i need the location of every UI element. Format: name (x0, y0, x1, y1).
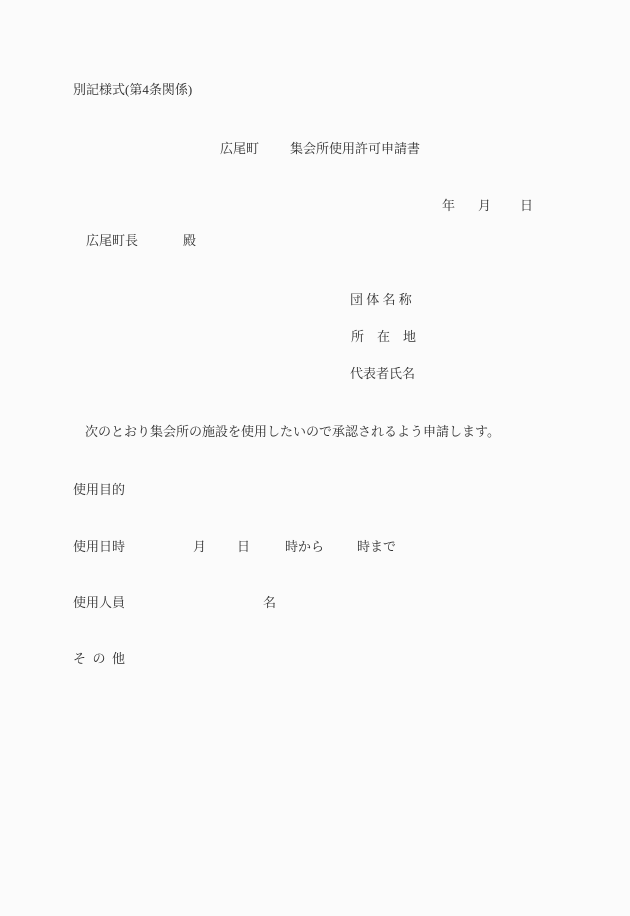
datetime-to-label: 時まで (357, 540, 396, 553)
date-year-label: 年 (442, 199, 455, 212)
form-note-label: 別記様式(第4条関係) (73, 83, 192, 96)
other-label: そ の 他 (73, 652, 125, 665)
addressee-label: 広尾町長 (86, 234, 138, 247)
title-main-label: 集会所使用許可申請書 (290, 142, 420, 155)
date-month-label: 月 (478, 199, 491, 212)
datetime-label: 使用日時 (73, 540, 125, 553)
datetime-month-label: 月 (193, 540, 206, 553)
representative-label: 代表者氏名 (350, 367, 415, 380)
address-label: 所 在 地 (351, 330, 416, 343)
addressee-honorific-label: 殿 (183, 234, 196, 247)
application-statement: 次のとおり集会所の施設を使用したいので承認されるよう申請します。 (85, 425, 500, 438)
people-label: 使用人員 (73, 596, 125, 609)
date-day-label: 日 (520, 199, 533, 212)
title-town-label: 広尾町 (220, 142, 259, 155)
purpose-label: 使用目的 (73, 483, 125, 496)
org-name-label: 団 体 名 称 (350, 293, 412, 306)
document-page: 別記様式(第4条関係) 広尾町 集会所使用許可申請書 年 月 日 広尾町長 殿 … (0, 0, 630, 916)
people-unit-label: 名 (263, 596, 276, 609)
datetime-day-label: 日 (237, 540, 250, 553)
datetime-from-label: 時から (285, 540, 324, 553)
